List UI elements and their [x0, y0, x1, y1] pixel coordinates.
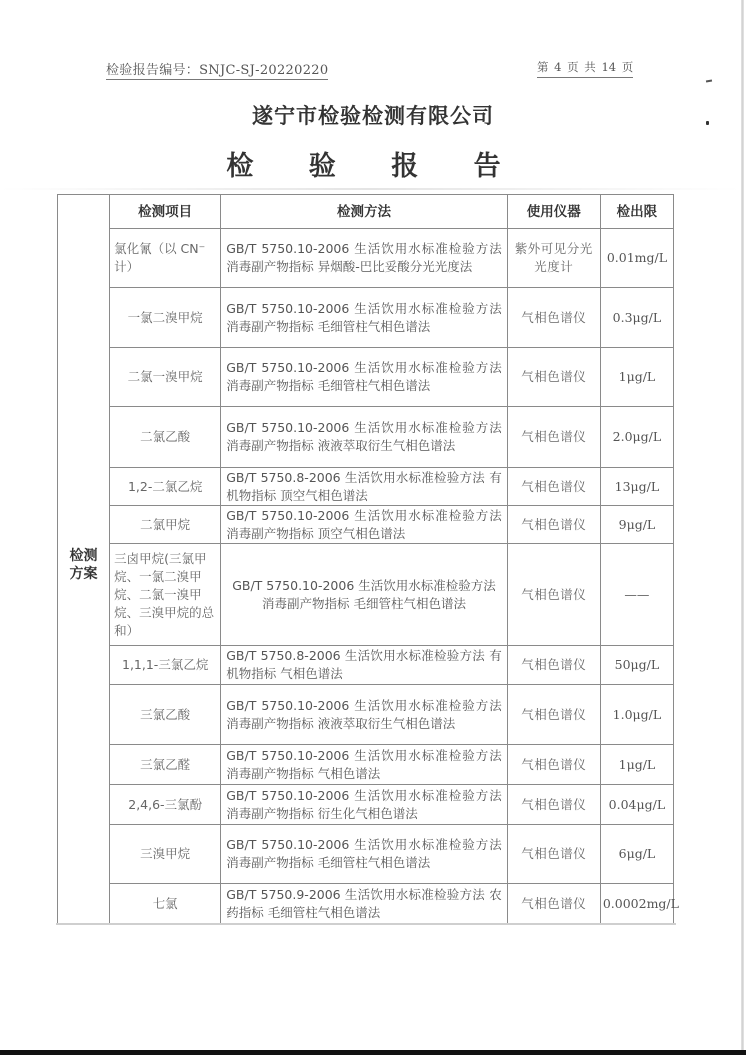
limit-cell: 0.01mg/L [600, 229, 673, 288]
item-cell: 一氯二溴甲烷 [110, 288, 221, 348]
table-row: 一氯二溴甲烷 GB/T 5750.10-2006 生活饮用水标准检验方法 消毒副… [58, 288, 674, 348]
item-cell: 七氯 [110, 884, 221, 924]
table-row: 三溴甲烷 GB/T 5750.10-2006 生活饮用水标准检验方法 消毒副产物… [58, 825, 674, 884]
scan-artifact [0, 188, 740, 190]
method-cell: GB/T 5750.10-2006 生活饮用水标准检验方法 消毒副产物指标 毛细… [221, 288, 507, 348]
instrument-cell: 气相色谱仪 [507, 745, 600, 785]
instrument-cell: 气相色谱仪 [507, 348, 600, 407]
item-cell: 三氯乙醛 [110, 745, 221, 785]
item-cell: 三氯乙酸 [110, 685, 221, 745]
column-header-limit: 检出限 [600, 195, 673, 229]
table-bottom-shadow [56, 923, 676, 925]
column-header-item: 检测项目 [110, 195, 221, 229]
item-cell: 1,1,1-三氯乙烷 [110, 646, 221, 685]
instrument-cell: 气相色谱仪 [507, 288, 600, 348]
table-row: 2,4,6-三氯酚 GB/T 5750.10-2006 生活饮用水标准检验方法 … [58, 785, 674, 825]
instrument-cell: 气相色谱仪 [507, 785, 600, 825]
inspection-plan-table: 检测方案 检测项目 检测方法 使用仪器 检出限 氯化氰（以 CN⁻计） GB/T… [57, 194, 674, 924]
company-name: 遂宁市检验检测有限公司 [0, 100, 746, 130]
limit-cell: 13μg/L [600, 468, 673, 506]
method-cell: GB/T 5750.10-2006 生活饮用水标准检验方法 消毒副产物指标 毛细… [221, 348, 507, 407]
method-cell: GB/T 5750.10-2006 生活饮用水标准检验方法 消毒副产物指标 气相… [221, 745, 507, 785]
table-row: 三氯乙酸 GB/T 5750.10-2006 生活饮用水标准检验方法 消毒副产物… [58, 685, 674, 745]
item-cell: 氯化氰（以 CN⁻计） [110, 229, 221, 288]
method-cell: GB/T 5750.10-2006 生活饮用水标准检验方法 消毒副产物指标 顶空… [221, 506, 507, 544]
limit-cell: 0.0002mg/L [600, 884, 673, 924]
limit-cell: 0.3μg/L [600, 288, 673, 348]
table-row: 二氯一溴甲烷 GB/T 5750.10-2006 生活饮用水标准检验方法 消毒副… [58, 348, 674, 407]
limit-cell: 50μg/L [600, 646, 673, 685]
item-cell: 二氯甲烷 [110, 506, 221, 544]
item-cell: 三溴甲烷 [110, 825, 221, 884]
limit-cell: 1μg/L [600, 348, 673, 407]
limit-cell: —— [600, 544, 673, 646]
document-title: 检 验 报 告 [2, 144, 746, 183]
limit-cell: 0.04μg/L [600, 785, 673, 825]
method-cell: GB/T 5750.8-2006 生活饮用水标准检验方法 有机物指标 气相色谱法 [221, 646, 507, 685]
table-row: 二氯甲烷 GB/T 5750.10-2006 生活饮用水标准检验方法 消毒副产物… [58, 506, 674, 544]
column-header-method: 检测方法 [221, 195, 507, 229]
limit-cell: 1μg/L [600, 745, 673, 785]
report-number: 检验报告编号：SNJC-SJ-20220220 [106, 59, 328, 80]
table-row: 1,1,1-三氯乙烷 GB/T 5750.8-2006 生活饮用水标准检验方法 … [58, 646, 674, 685]
scan-mark [706, 79, 712, 82]
instrument-cell: 气相色谱仪 [507, 884, 600, 924]
method-cell: GB/T 5750.10-2006 生活饮用水标准检验方法 消毒副产物指标 异烟… [221, 229, 507, 288]
method-cell: GB/T 5750.10-2006 生活饮用水标准检验方法 消毒副产物指标 衍生… [221, 785, 507, 825]
instrument-cell: 气相色谱仪 [507, 685, 600, 745]
item-cell: 二氯一溴甲烷 [110, 348, 221, 407]
limit-cell: 9μg/L [600, 506, 673, 544]
table-row: 二氯乙酸 GB/T 5750.10-2006 生活饮用水标准检验方法 消毒副产物… [58, 407, 674, 468]
section-label-cell: 检测方案 [58, 195, 110, 924]
table-row: 七氯 GB/T 5750.9-2006 生活饮用水标准检验方法 农药指标 毛细管… [58, 884, 674, 924]
limit-cell: 6μg/L [600, 825, 673, 884]
instrument-cell: 紫外可见分光光度计 [507, 229, 600, 288]
table-header-row: 检测方案 检测项目 检测方法 使用仪器 检出限 [58, 195, 674, 229]
method-cell: GB/T 5750.10-2006 生活饮用水标准检验方法 消毒副产物指标 液液… [221, 407, 507, 468]
table-row: 三氯乙醛 GB/T 5750.10-2006 生活饮用水标准检验方法 消毒副产物… [58, 745, 674, 785]
section-label: 检测方案 [70, 547, 98, 583]
limit-cell: 1.0μg/L [600, 685, 673, 745]
instrument-cell: 气相色谱仪 [507, 646, 600, 685]
instrument-cell: 气相色谱仪 [507, 506, 600, 544]
item-cell: 三卤甲烷(三氯甲烷、一氯二溴甲烷、二氯一溴甲烷、三溴甲烷的总和） [110, 544, 221, 646]
instrument-cell: 气相色谱仪 [507, 544, 600, 646]
instrument-cell: 气相色谱仪 [507, 407, 600, 468]
table-row: 三卤甲烷(三氯甲烷、一氯二溴甲烷、二氯一溴甲烷、三溴甲烷的总和） GB/T 57… [58, 544, 674, 646]
item-cell: 二氯乙酸 [110, 407, 221, 468]
page-bottom-edge [0, 1050, 746, 1055]
table-row: 1,2-二氯乙烷 GB/T 5750.8-2006 生活饮用水标准检验方法 有机… [58, 468, 674, 506]
limit-cell: 2.0μg/L [600, 407, 673, 468]
method-cell: GB/T 5750.10-2006 生活饮用水标准检验方法 消毒副产物指标 液液… [221, 685, 507, 745]
page-indicator: 第 4 页 共 14 页 [537, 59, 633, 78]
column-header-instrument: 使用仪器 [507, 195, 600, 229]
method-cell: GB/T 5750.10-2006 生活饮用水标准检验方法 消毒副产物指标 毛细… [221, 825, 507, 884]
instrument-cell: 气相色谱仪 [507, 825, 600, 884]
method-cell: GB/T 5750.10-2006 生活饮用水标准检验方法 消毒副产物指标 毛细… [221, 544, 507, 646]
table-row: 氯化氰（以 CN⁻计） GB/T 5750.10-2006 生活饮用水标准检验方… [58, 229, 674, 288]
item-cell: 1,2-二氯乙烷 [110, 468, 221, 506]
method-cell: GB/T 5750.8-2006 生活饮用水标准检验方法 有机物指标 顶空气相色… [221, 468, 507, 506]
item-cell: 2,4,6-三氯酚 [110, 785, 221, 825]
method-cell: GB/T 5750.9-2006 生活饮用水标准检验方法 农药指标 毛细管柱气相… [221, 884, 507, 924]
instrument-cell: 气相色谱仪 [507, 468, 600, 506]
